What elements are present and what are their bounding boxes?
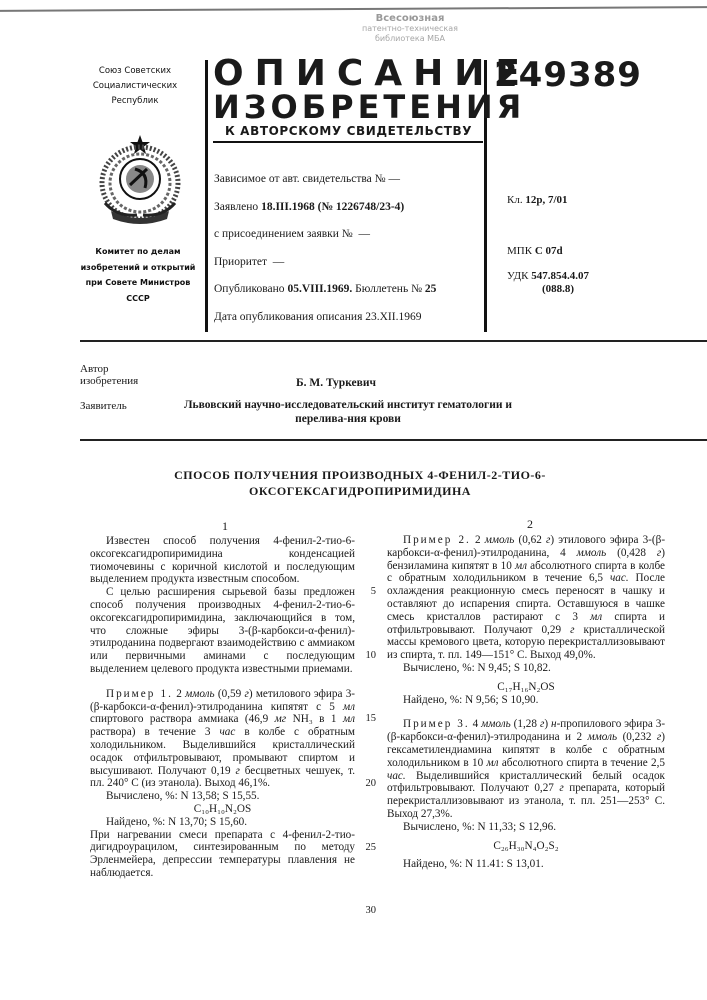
invention-title-line: ОКСОГЕКСАГИДРОПИРИМИДИНА [160, 483, 560, 499]
text-run: раствора) в течение 3 [90, 726, 210, 738]
meta-dependent: Зависимое от авт. свидетельства № — [214, 166, 484, 194]
text-column-1: Известен способ получения 4-фенил-2-тио-… [90, 535, 355, 880]
unit: мл [343, 701, 355, 713]
committee-line: СССР [68, 291, 208, 307]
text-run: NH₃ в 1 [293, 713, 337, 725]
library-stamp: Всесоюзная патентно-техническая библиоте… [300, 14, 520, 44]
line-number: 5 [362, 586, 376, 597]
patent-number: 249389 [494, 55, 642, 95]
unit: мл [515, 560, 527, 572]
unit: мл [590, 611, 602, 623]
invention-title: СПОСОБ ПОЛУЧЕНИЯ ПРОИЗВОДНЫХ 4-ФЕНИЛ-2-Т… [160, 467, 560, 499]
ussr-emblem-icon [97, 133, 183, 228]
header-divider-left [205, 60, 208, 332]
stamp-line-2: патентно-техническая [300, 24, 520, 34]
udk-value: 547.854.4.07 [531, 270, 589, 282]
line-number: 10 [362, 650, 376, 661]
example-3-found: Найдено, %: N 11.41: S 13,01. [387, 858, 665, 871]
line-number: 20 [362, 778, 376, 789]
committee-name: Комитет по делам изобретений и открытий … [68, 244, 208, 306]
meta-priority: Приоритет — [214, 249, 484, 277]
line-number: 25 [362, 842, 376, 853]
author-label-line: изобретения [80, 375, 138, 387]
applicant-label: Заявитель [80, 400, 127, 412]
text-run: (0,232 [623, 731, 652, 743]
stamp-line-3: библиотека МБА [300, 34, 520, 44]
paragraph-invention-claim: С целью расширения сырьевой базы предлож… [90, 586, 355, 676]
committee-line: Комитет по делам [68, 244, 208, 260]
committee-line: при Совете Министров [68, 275, 208, 291]
unit: г [235, 765, 239, 777]
class-label: Кл. [507, 194, 523, 206]
class-value: 12p, 7/01 [525, 194, 567, 206]
patent-class: Кл. 12p, 7/01 [507, 194, 568, 206]
udk-value-2: (088.8) [507, 283, 589, 296]
unit: ммоль [577, 547, 607, 559]
meta-value: 23.XII.1969 [365, 311, 421, 323]
text-run: (0,62 [518, 534, 541, 546]
example-2-found: Найдено, %: N 9,56; S 10,90. [387, 694, 665, 707]
text-run: 2 [475, 534, 481, 546]
section-rule-top [80, 340, 707, 342]
example-2: Пример 2. 2 ммоль (0,62 г) этилового эфи… [387, 534, 665, 662]
text-run: 2 [176, 688, 182, 700]
unit: час. [610, 572, 629, 584]
meta-label: Приоритет [214, 256, 267, 268]
text-run: ) [544, 718, 548, 730]
unit: ммоль [481, 718, 511, 730]
committee-line: изобретений и открытий [68, 260, 208, 276]
example-2-formula: C₁₇H₁₆N₂OS [387, 681, 665, 694]
invention-title-line: СПОСОБ ПОЛУЧЕНИЯ ПРОИЗВОДНЫХ 4-ФЕНИЛ-2-Т… [160, 467, 560, 483]
unit: час [219, 726, 235, 738]
unit: мг [275, 713, 287, 725]
title-rule [213, 141, 483, 143]
example-1-calculated: Вычислено, %: N 13,58; S 15,55. [90, 790, 355, 803]
text-run: (0,59 [218, 688, 241, 700]
doc-type-subtitle: К АВТОРСКОМУ СВИДЕТЕЛЬСТВУ [225, 124, 485, 138]
text-run: (0,428 [617, 547, 646, 559]
meta-value: — [359, 228, 371, 240]
example-3: Пример 3. 4 ммоль (1,28 г) н-пропилового… [387, 718, 665, 820]
text-column-2: Пример 2. 2 ммоль (0,62 г) этилового эфи… [387, 534, 665, 871]
author-label-line: Автор [80, 363, 138, 375]
paragraph-prior-art: Известен способ получения 4-фенил-2-тио-… [90, 535, 355, 586]
udk-class: УДК 547.854.4.07(088.8) [507, 270, 589, 296]
doc-type-title-line-2: ИЗОБРЕТЕНИЯ [213, 90, 483, 124]
meta-label: Зависимое от авт. свидетельства № [214, 173, 386, 185]
mpk-value: С 07d [535, 245, 563, 257]
applicant-name: Львовский научно-исследовательский инсти… [158, 398, 538, 426]
meta-label: Бюллетень № [355, 283, 422, 295]
author-label: Автор изобретения [80, 363, 138, 387]
text-run: спиртового раствора аммиака (46,9 [90, 713, 268, 725]
column-number-1: 1 [205, 519, 245, 534]
text-run: (1,28 [514, 718, 537, 730]
column-number-2: 2 [510, 517, 550, 532]
country-line: Республик [75, 94, 195, 109]
meta-value: — [389, 173, 401, 185]
top-border-line [0, 6, 707, 12]
example-1-formula: C₁₀H₁₀N₂OS [90, 803, 355, 816]
meta-description-date: Дата опубликования описания 23.XII.1969 [214, 304, 484, 332]
unit: ммоль [185, 688, 215, 700]
unit: ммоль [485, 534, 515, 546]
filing-metadata: Зависимое от авт. свидетельства № — Заяв… [214, 166, 484, 331]
mpk-label: МПК [507, 245, 532, 257]
unit: г [559, 782, 563, 794]
unit: мл [487, 757, 499, 769]
unit: ммоль [588, 731, 618, 743]
author-name: Б. М. Туркевич [296, 377, 376, 389]
meta-label: Опубликовано [214, 283, 285, 295]
meta-value: 05.VIII.1969. [287, 283, 352, 295]
meta-value: 25 [425, 283, 437, 295]
example-label: Пример 3. [403, 718, 470, 730]
meta-label: Дата опубликования описания [214, 311, 362, 323]
meta-label: с присоединением заявки № [214, 228, 353, 240]
section-rule-bottom [80, 439, 707, 441]
example-2-calculated: Вычислено, %: N 9,45; S 10,82. [387, 662, 665, 675]
paragraph-melting-test: При нагревании смеси препарата с 4-фенил… [90, 829, 355, 880]
line-number: 30 [362, 905, 376, 916]
country-line: Социалистических [75, 79, 195, 94]
meta-filed: Заявлено 18.III.1968 (№ 1226748/23-4) [214, 194, 484, 222]
example-label: Пример 1. [106, 688, 173, 700]
example-3-calculated: Вычислено, %: N 11,33; S 12,96. [387, 821, 665, 834]
unit: г [570, 624, 574, 636]
meta-joined: с присоединением заявки № — [214, 221, 484, 249]
stamp-line-1: Всесоюзная [300, 14, 520, 24]
meta-published: Опубликовано 05.VIII.1969. Бюллетень № 2… [214, 276, 484, 304]
text-run: абсолютного спирта в течение 2,5 [502, 757, 665, 769]
meta-value: — [273, 256, 285, 268]
text-run: 4 [473, 718, 479, 730]
mpk-class: МПК С 07d [507, 245, 563, 257]
meta-value: 18.III.1968 (№ 1226748/23-4) [261, 201, 404, 213]
unit: мл [343, 713, 355, 725]
example-3-formula: C₂₆H₃₀N₄O₂S₂ [387, 840, 665, 853]
meta-label: Заявлено [214, 201, 258, 213]
unit: час. [387, 770, 406, 782]
country-line: Союз Советских [75, 64, 195, 79]
country-name: Союз Советских Социалистических Республи… [75, 64, 195, 109]
example-1: Пример 1. 2 ммоль (0,59 г) метилового эф… [90, 688, 355, 790]
example-label: Пример 2. [403, 534, 471, 546]
udk-label: УДК [507, 270, 529, 282]
example-1-found: Найдено, %: N 13,70; S 15,60. [90, 816, 355, 829]
line-number: 15 [362, 713, 376, 724]
